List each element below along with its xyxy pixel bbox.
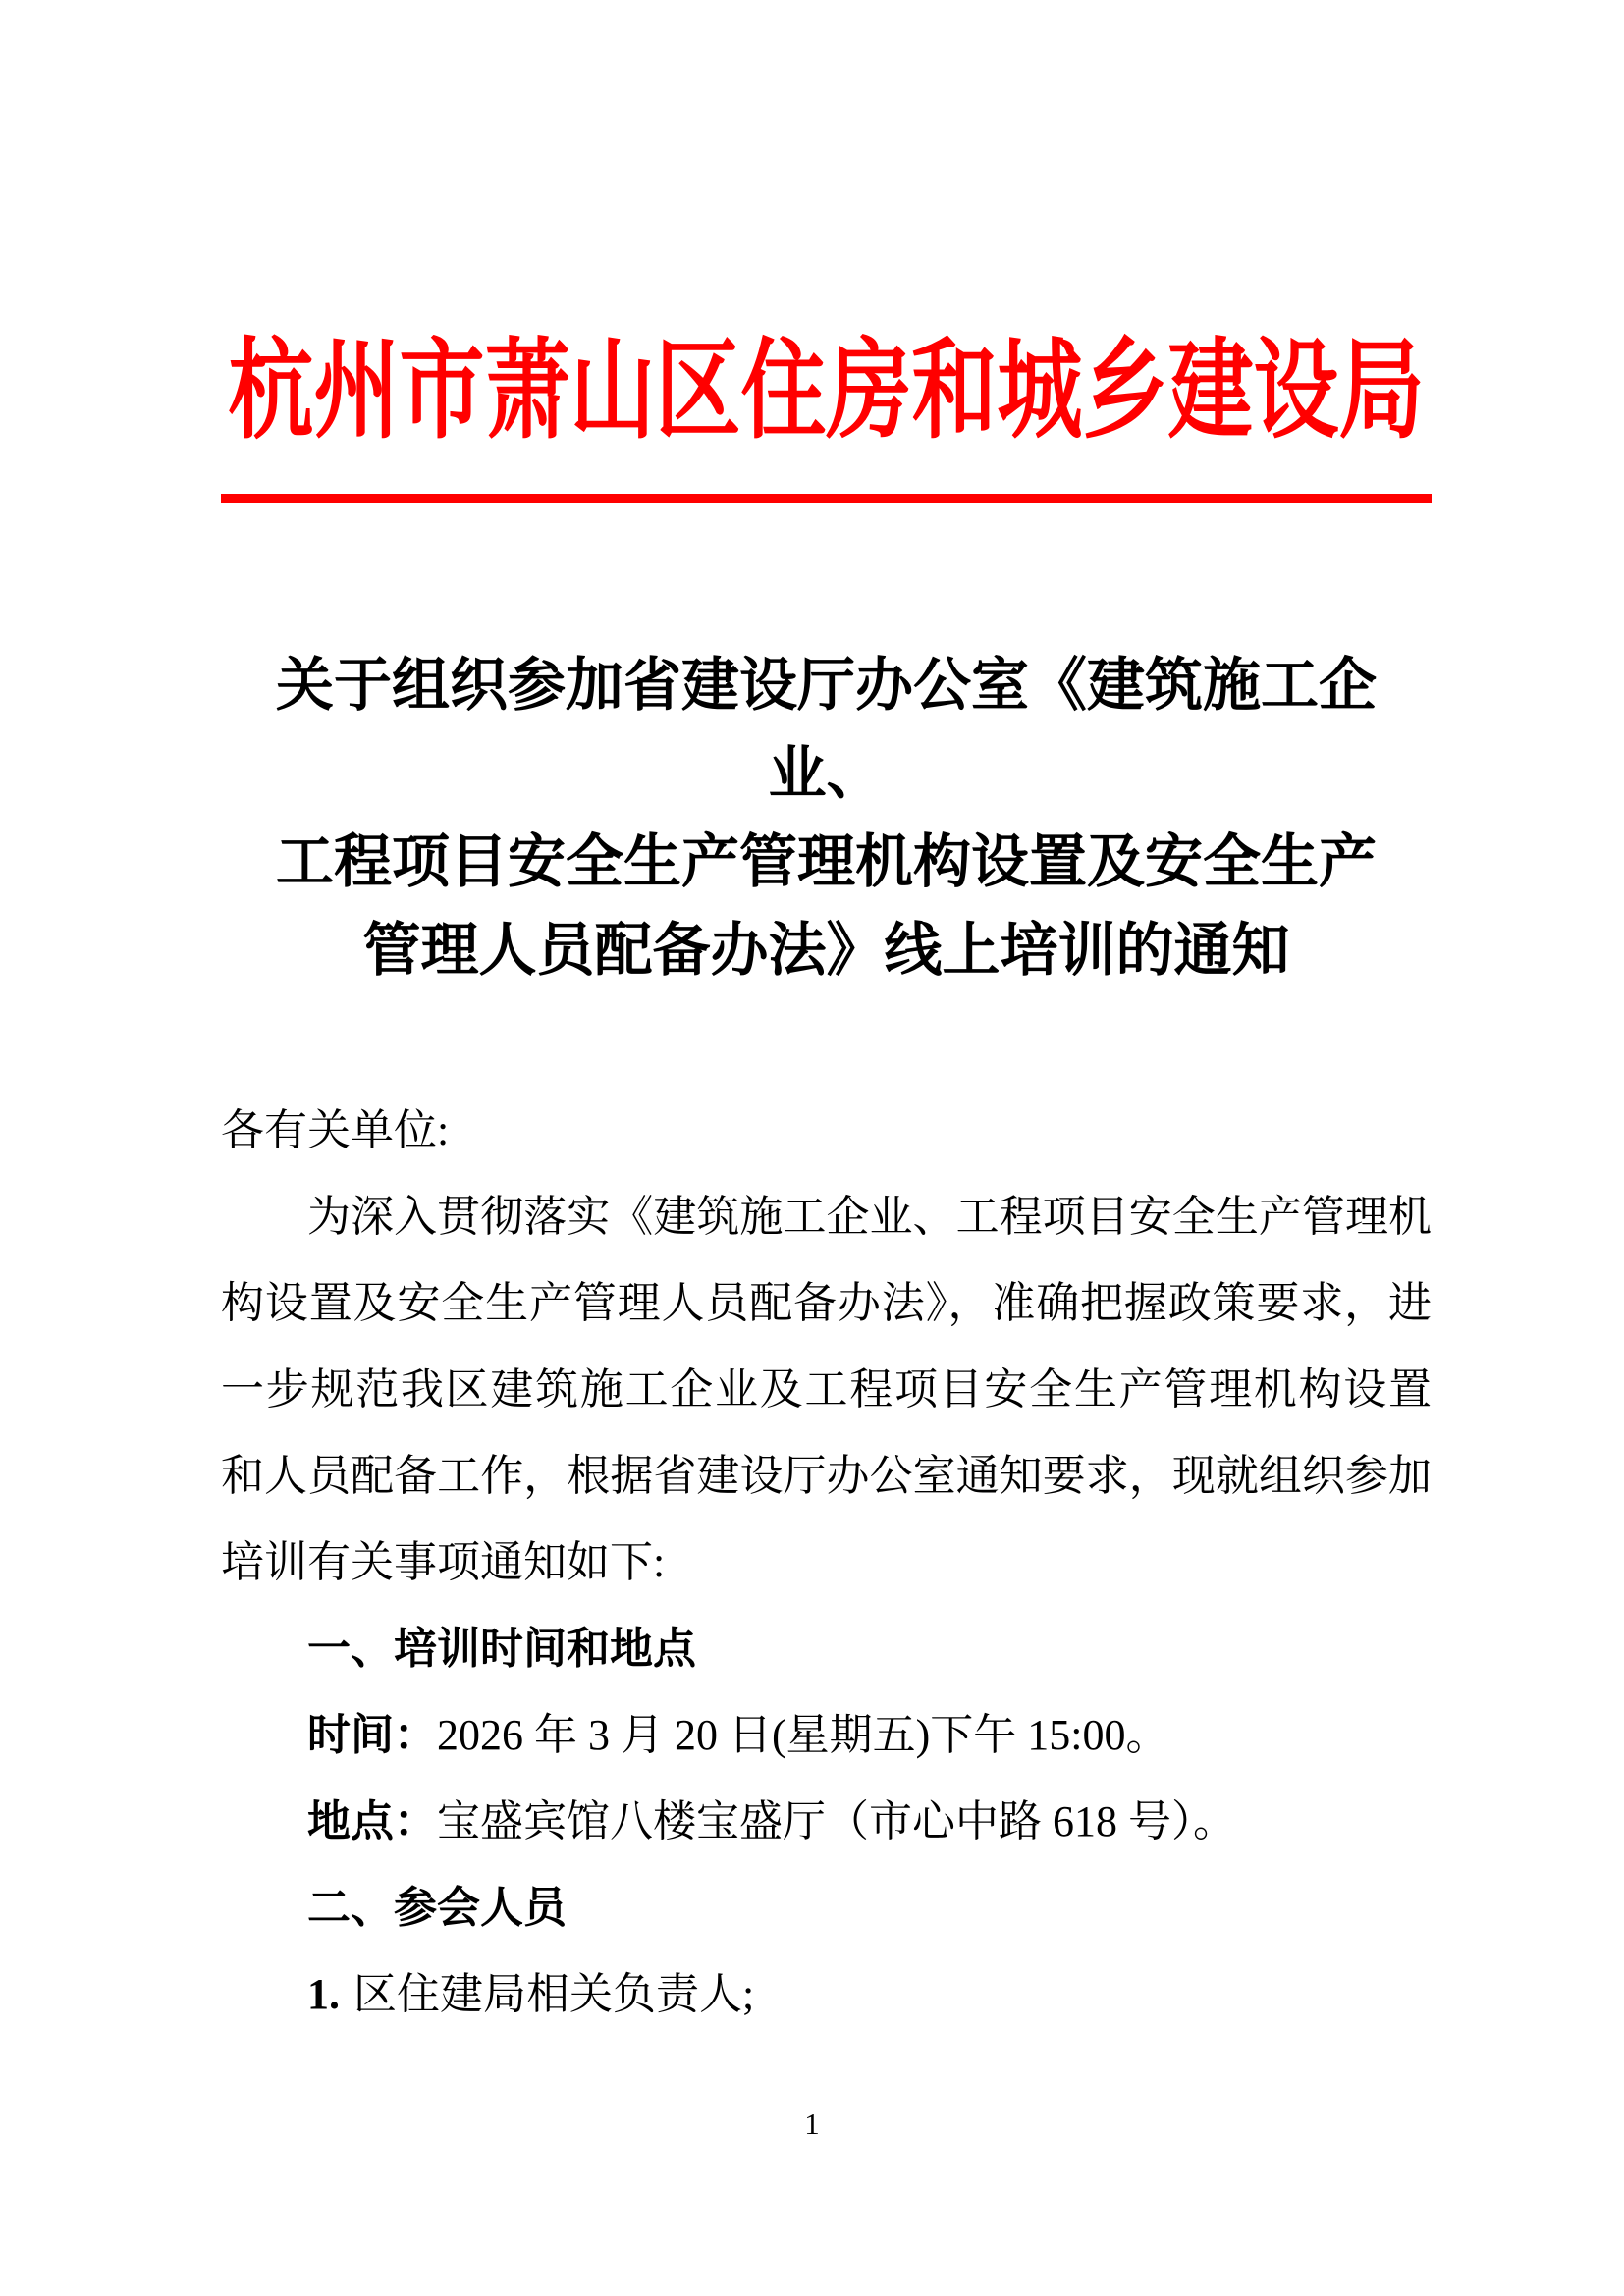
list-item-1: 1.区住建局相关负责人; [221, 1951, 1432, 2038]
org-title: 杭州市萧山区住房和城乡建设局 [221, 334, 1432, 449]
time-line: 时间：2026 年 3 月 20 日(星期五)下午 15:00。 [221, 1692, 1432, 1779]
letterhead: 杭州市萧山区住房和城乡建设局 [221, 334, 1432, 424]
time-label: 时间： [307, 1711, 437, 1759]
doc-title: 关于组织参加省建设厅办公室《建筑施工企业、 工程项目安全生产管理机构设置及安全生… [221, 641, 1432, 994]
paragraph-line: 一步规范我区建筑施工企业及工程项目安全生产管理机构设置 [221, 1347, 1432, 1433]
doc-title-line-1: 关于组织参加省建设厅办公室《建筑施工企业、 [221, 641, 1432, 818]
paragraph-line: 和人员配备工作，根据省建设厅办公室通知要求，现就组织参加 [221, 1433, 1432, 1520]
time-value: 2026 年 3 月 20 日(星期五)下午 15:00。 [437, 1711, 1169, 1759]
document-page: 杭州市萧山区住房和城乡建设局 关于组织参加省建设厅办公室《建筑施工企业、 工程项… [0, 0, 1624, 2296]
document-content: 杭州市萧山区住房和城乡建设局 关于组织参加省建设厅办公室《建筑施工企业、 工程项… [221, 334, 1432, 2038]
list-item-1-text: 区住建局相关负责人; [353, 1970, 754, 2018]
body-text: 各有关单位: 为深入贯彻落实《建筑施工企业、工程项目安全生产管理机 构设置及安全… [221, 1088, 1432, 2038]
paragraph-line: 培训有关事项通知如下: [221, 1520, 1432, 1606]
section2-heading: 二、参会人员 [221, 1865, 1432, 1951]
page-number: 1 [0, 2107, 1624, 2142]
place-value: 宝盛宾馆八楼宝盛厅（市心中路 618 号）。 [437, 1797, 1236, 1845]
paragraph-line: 为深入贯彻落实《建筑施工企业、工程项目安全生产管理机 [221, 1174, 1432, 1260]
salutation: 各有关单位: [221, 1088, 1432, 1174]
paragraph: 为深入贯彻落实《建筑施工企业、工程项目安全生产管理机 构设置及安全生产管理人员配… [221, 1174, 1432, 1606]
doc-title-line-3: 管理人员配备办法》线上培训的通知 [221, 906, 1432, 994]
list-item-1-number: 1. [307, 1951, 340, 2038]
place-line: 地点：宝盛宾馆八楼宝盛厅（市心中路 618 号）。 [221, 1779, 1432, 1865]
paragraph-line: 构设置及安全生产管理人员配备办法》，准确把握政策要求，进 [221, 1260, 1432, 1347]
section1-heading: 一、培训时间和地点 [221, 1606, 1432, 1692]
doc-title-line-2: 工程项目安全生产管理机构设置及安全生产 [221, 818, 1432, 906]
place-label: 地点： [307, 1797, 437, 1845]
red-divider-rule [221, 494, 1432, 503]
